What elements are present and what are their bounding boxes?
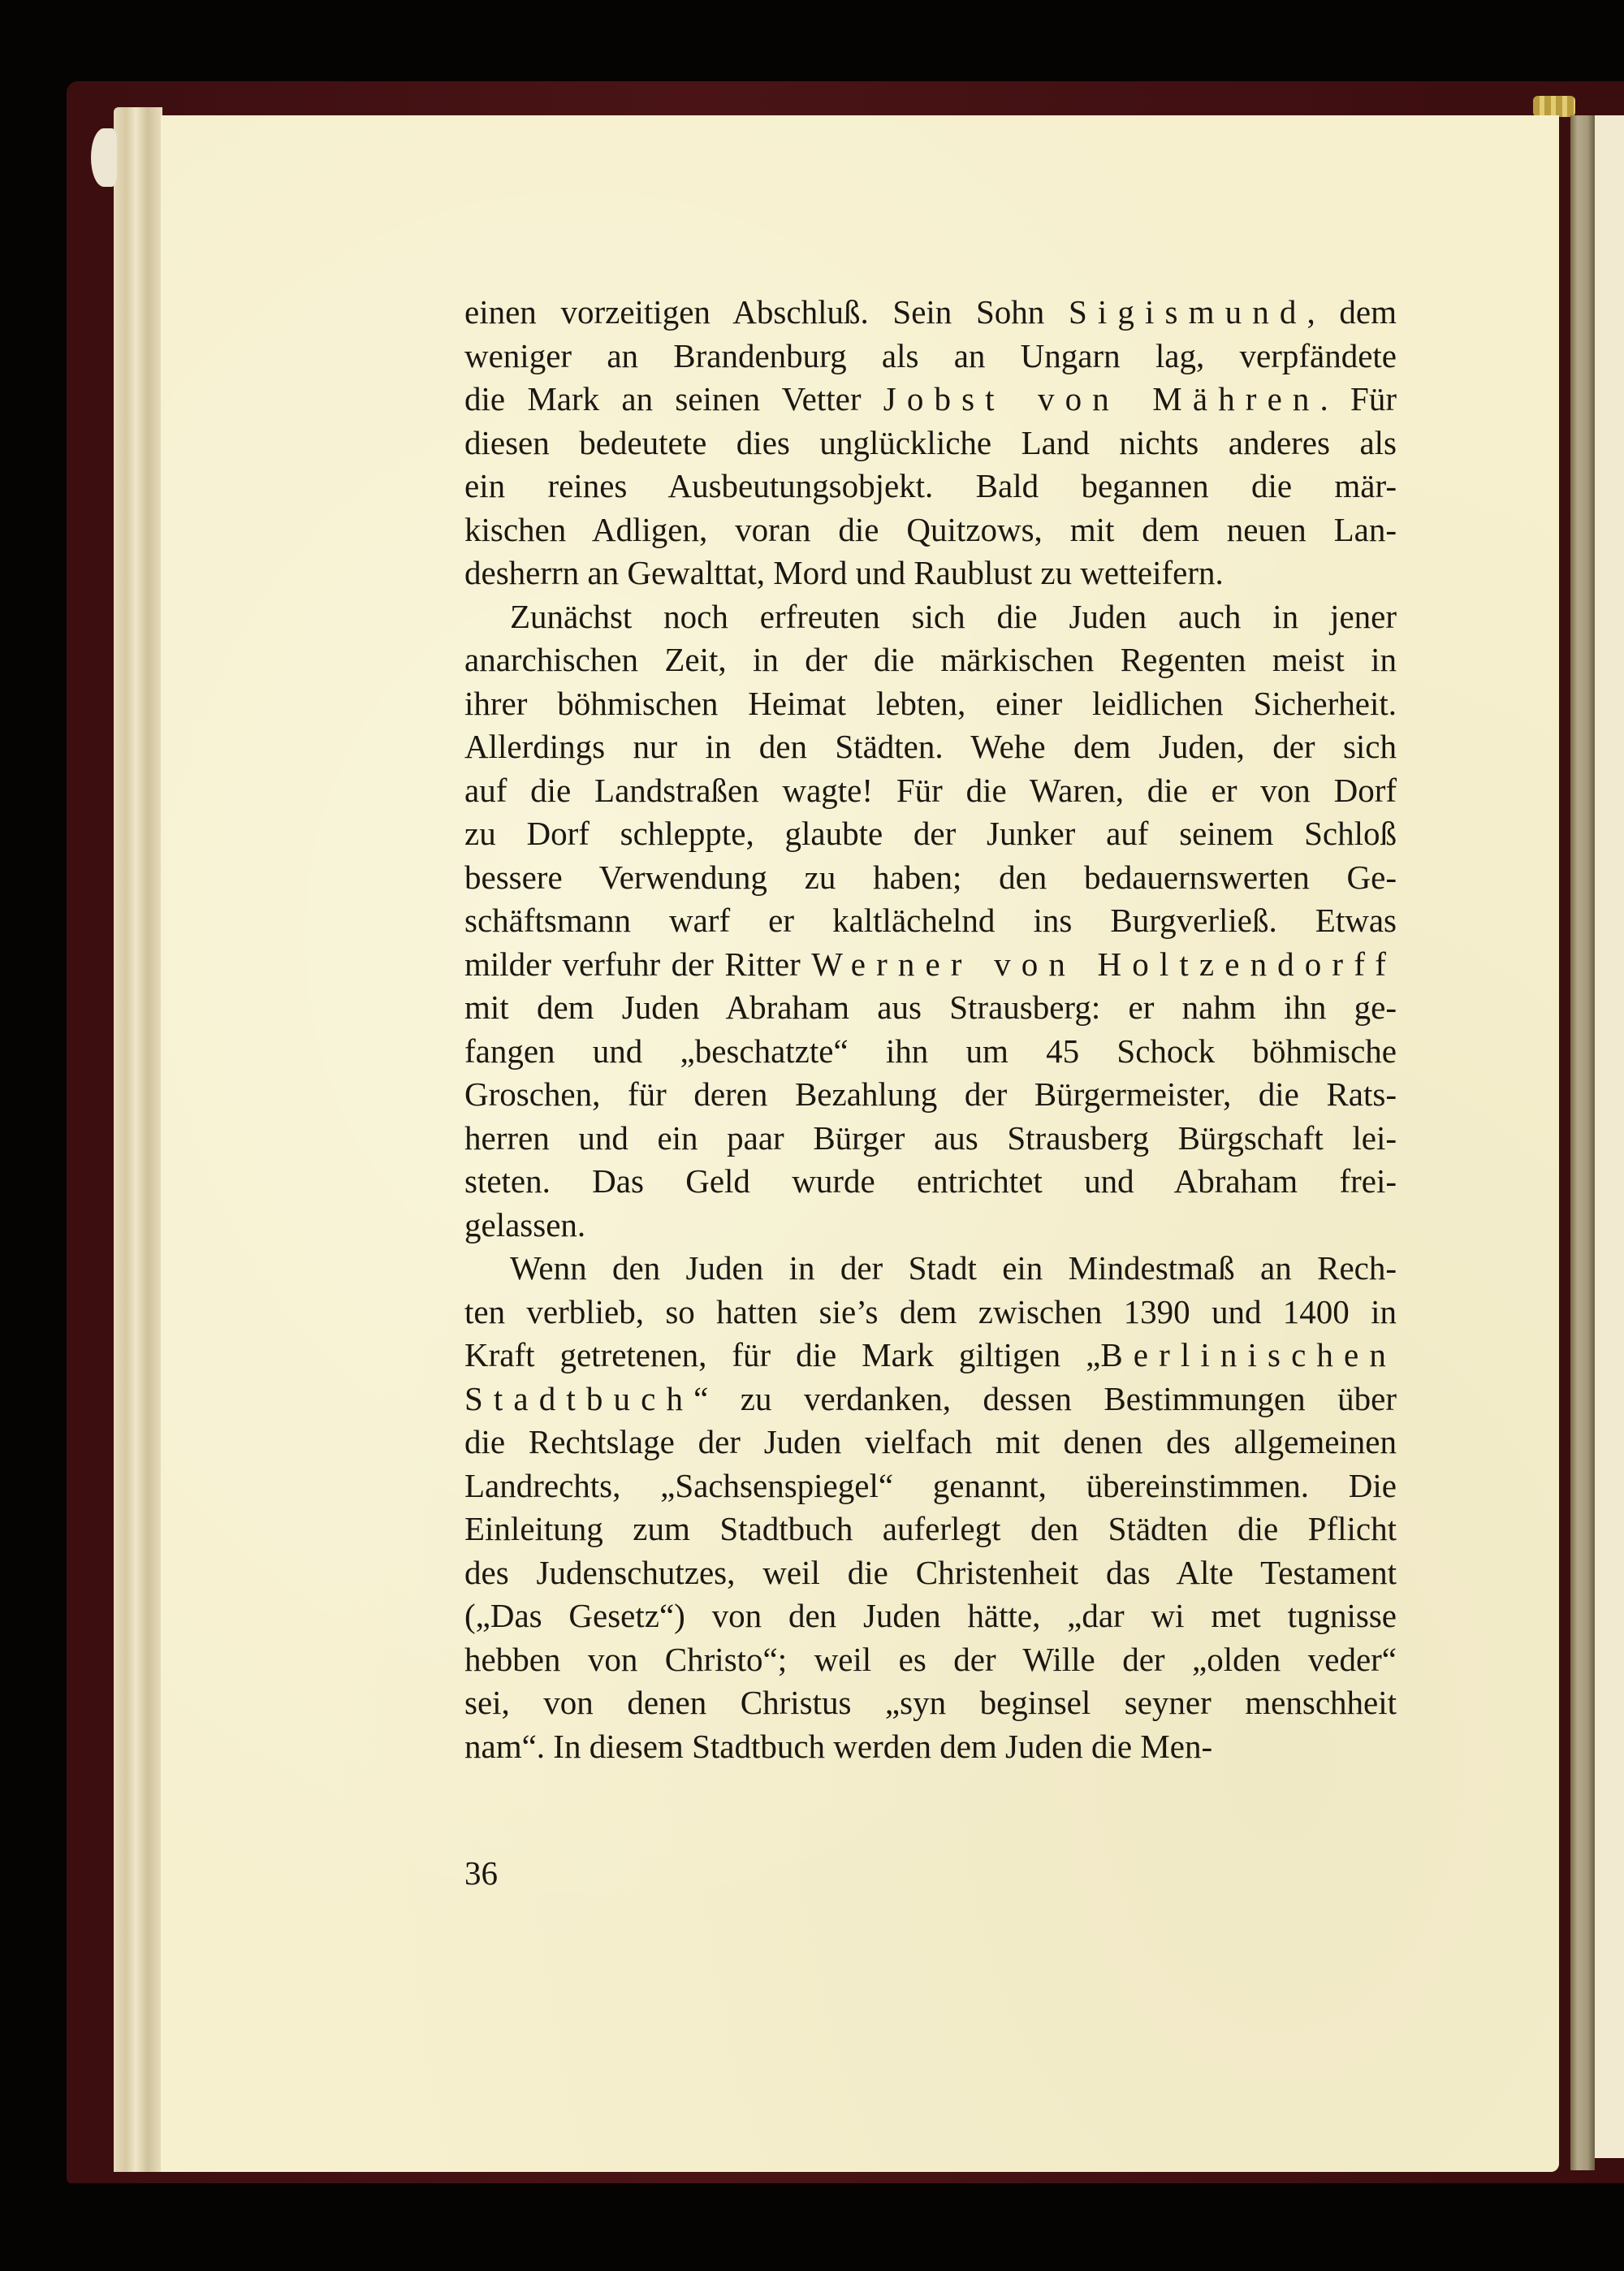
text-line: ein reines Ausbeutungsobjekt. Bald began… — [464, 465, 1397, 508]
page-number: 36 — [464, 1854, 498, 1892]
text-line: Landrechts, „Sachsenspiegel“ genannt, üb… — [464, 1464, 1397, 1508]
text-line: ihrer böhmischen Heimat lebten, einer le… — [464, 682, 1397, 726]
text-line: auf die Landstraßen wagte! Für die Waren… — [464, 769, 1397, 813]
text-line: zu Dorf schleppte, glaubte der Junker au… — [464, 812, 1397, 856]
paragraph: Zunächst noch erfreuten sich die Juden a… — [464, 595, 1397, 1248]
page-body-text: einen vorzeitigen Abschluß. Sein Sohn Si… — [464, 291, 1397, 1768]
text-line: bessere Verwendung zu haben; den bedauer… — [464, 856, 1397, 900]
spaced-emphasis: Jobst von Mähren — [883, 380, 1320, 417]
text-line: sei, von denen Christus „syn beginsel se… — [464, 1681, 1397, 1725]
book-gutter — [1570, 115, 1595, 2170]
text-line: fangen und „beschatzte“ ihn um 45 Schock… — [464, 1030, 1397, 1074]
text-line: Allerdings nur in den Städten. Wehe dem … — [464, 725, 1397, 769]
page-corner-fold — [91, 128, 117, 187]
text-line: gelassen. — [464, 1204, 1397, 1248]
text-line: einen vorzeitigen Abschluß. Sein Sohn Si… — [464, 291, 1397, 335]
text-line: Stadtbuch“ zu verdanken, dessen Bestimmu… — [464, 1378, 1397, 1421]
spaced-emphasis: Stadtbuch — [464, 1380, 693, 1417]
text-line: schäftsmann warf er kaltlächelnd ins Bur… — [464, 899, 1397, 943]
text-line: herren und ein paar Bürger aus Strausber… — [464, 1117, 1397, 1161]
text-line: ten verblieb, so hatten sie’s dem zwisch… — [464, 1291, 1397, 1334]
text-line: Groschen, für deren Bezahlung der Bürger… — [464, 1073, 1397, 1117]
book-headband — [1533, 96, 1575, 117]
text-line: die Mark an seinen Vetter Jobst von Mähr… — [464, 378, 1397, 422]
text-line: die Rechtslage der Juden vielfach mit de… — [464, 1421, 1397, 1464]
text-line: des Judenschutzes, weil die Christenheit… — [464, 1551, 1397, 1595]
paragraph: einen vorzeitigen Abschluß. Sein Sohn Si… — [464, 291, 1397, 595]
text-line: mit dem Juden Abraham aus Strausberg: er… — [464, 986, 1397, 1030]
text-line: desherrn an Gewalttat, Mord und Raublust… — [464, 552, 1397, 595]
facing-page-edge — [1595, 115, 1624, 2158]
text-line: Wenn den Juden in der Stadt ein Mindestm… — [464, 1247, 1397, 1291]
text-line: weniger an Brandenburg als an Ungarn lag… — [464, 335, 1397, 378]
spaced-emphasis: Sigismund — [1069, 293, 1307, 331]
text-line: kischen Adligen, voran die Quitzows, mit… — [464, 508, 1397, 552]
text-line: Zunächst noch erfreuten sich die Juden a… — [464, 595, 1397, 639]
text-line: steten. Das Geld wurde entrichtet und Ab… — [464, 1160, 1397, 1204]
text-line: milder verfuhr der Ritter Werner von Hol… — [464, 943, 1397, 987]
spaced-emphasis: Werner von Holtzendorff — [811, 945, 1397, 983]
text-line: Einleitung zum Stadtbuch auferlegt den S… — [464, 1508, 1397, 1551]
paragraph: Wenn den Juden in der Stadt ein Mindestm… — [464, 1247, 1397, 1768]
text-line: („Das Gesetz“) von den Juden hätte, „dar… — [464, 1594, 1397, 1638]
text-line: diesen bedeutete dies unglückliche Land … — [464, 422, 1397, 465]
text-line: Kraft getretenen, für die Mark giltigen … — [464, 1334, 1397, 1378]
text-line: hebben von Christo“; weil es der Wille d… — [464, 1638, 1397, 1682]
text-line: anarchischen Zeit, in der die märkischen… — [464, 638, 1397, 682]
text-line: nam“. In diesem Stadtbuch werden dem Jud… — [464, 1725, 1397, 1769]
spaced-emphasis: Berlinischen — [1100, 1336, 1397, 1373]
page-stack-edge — [114, 107, 162, 2172]
